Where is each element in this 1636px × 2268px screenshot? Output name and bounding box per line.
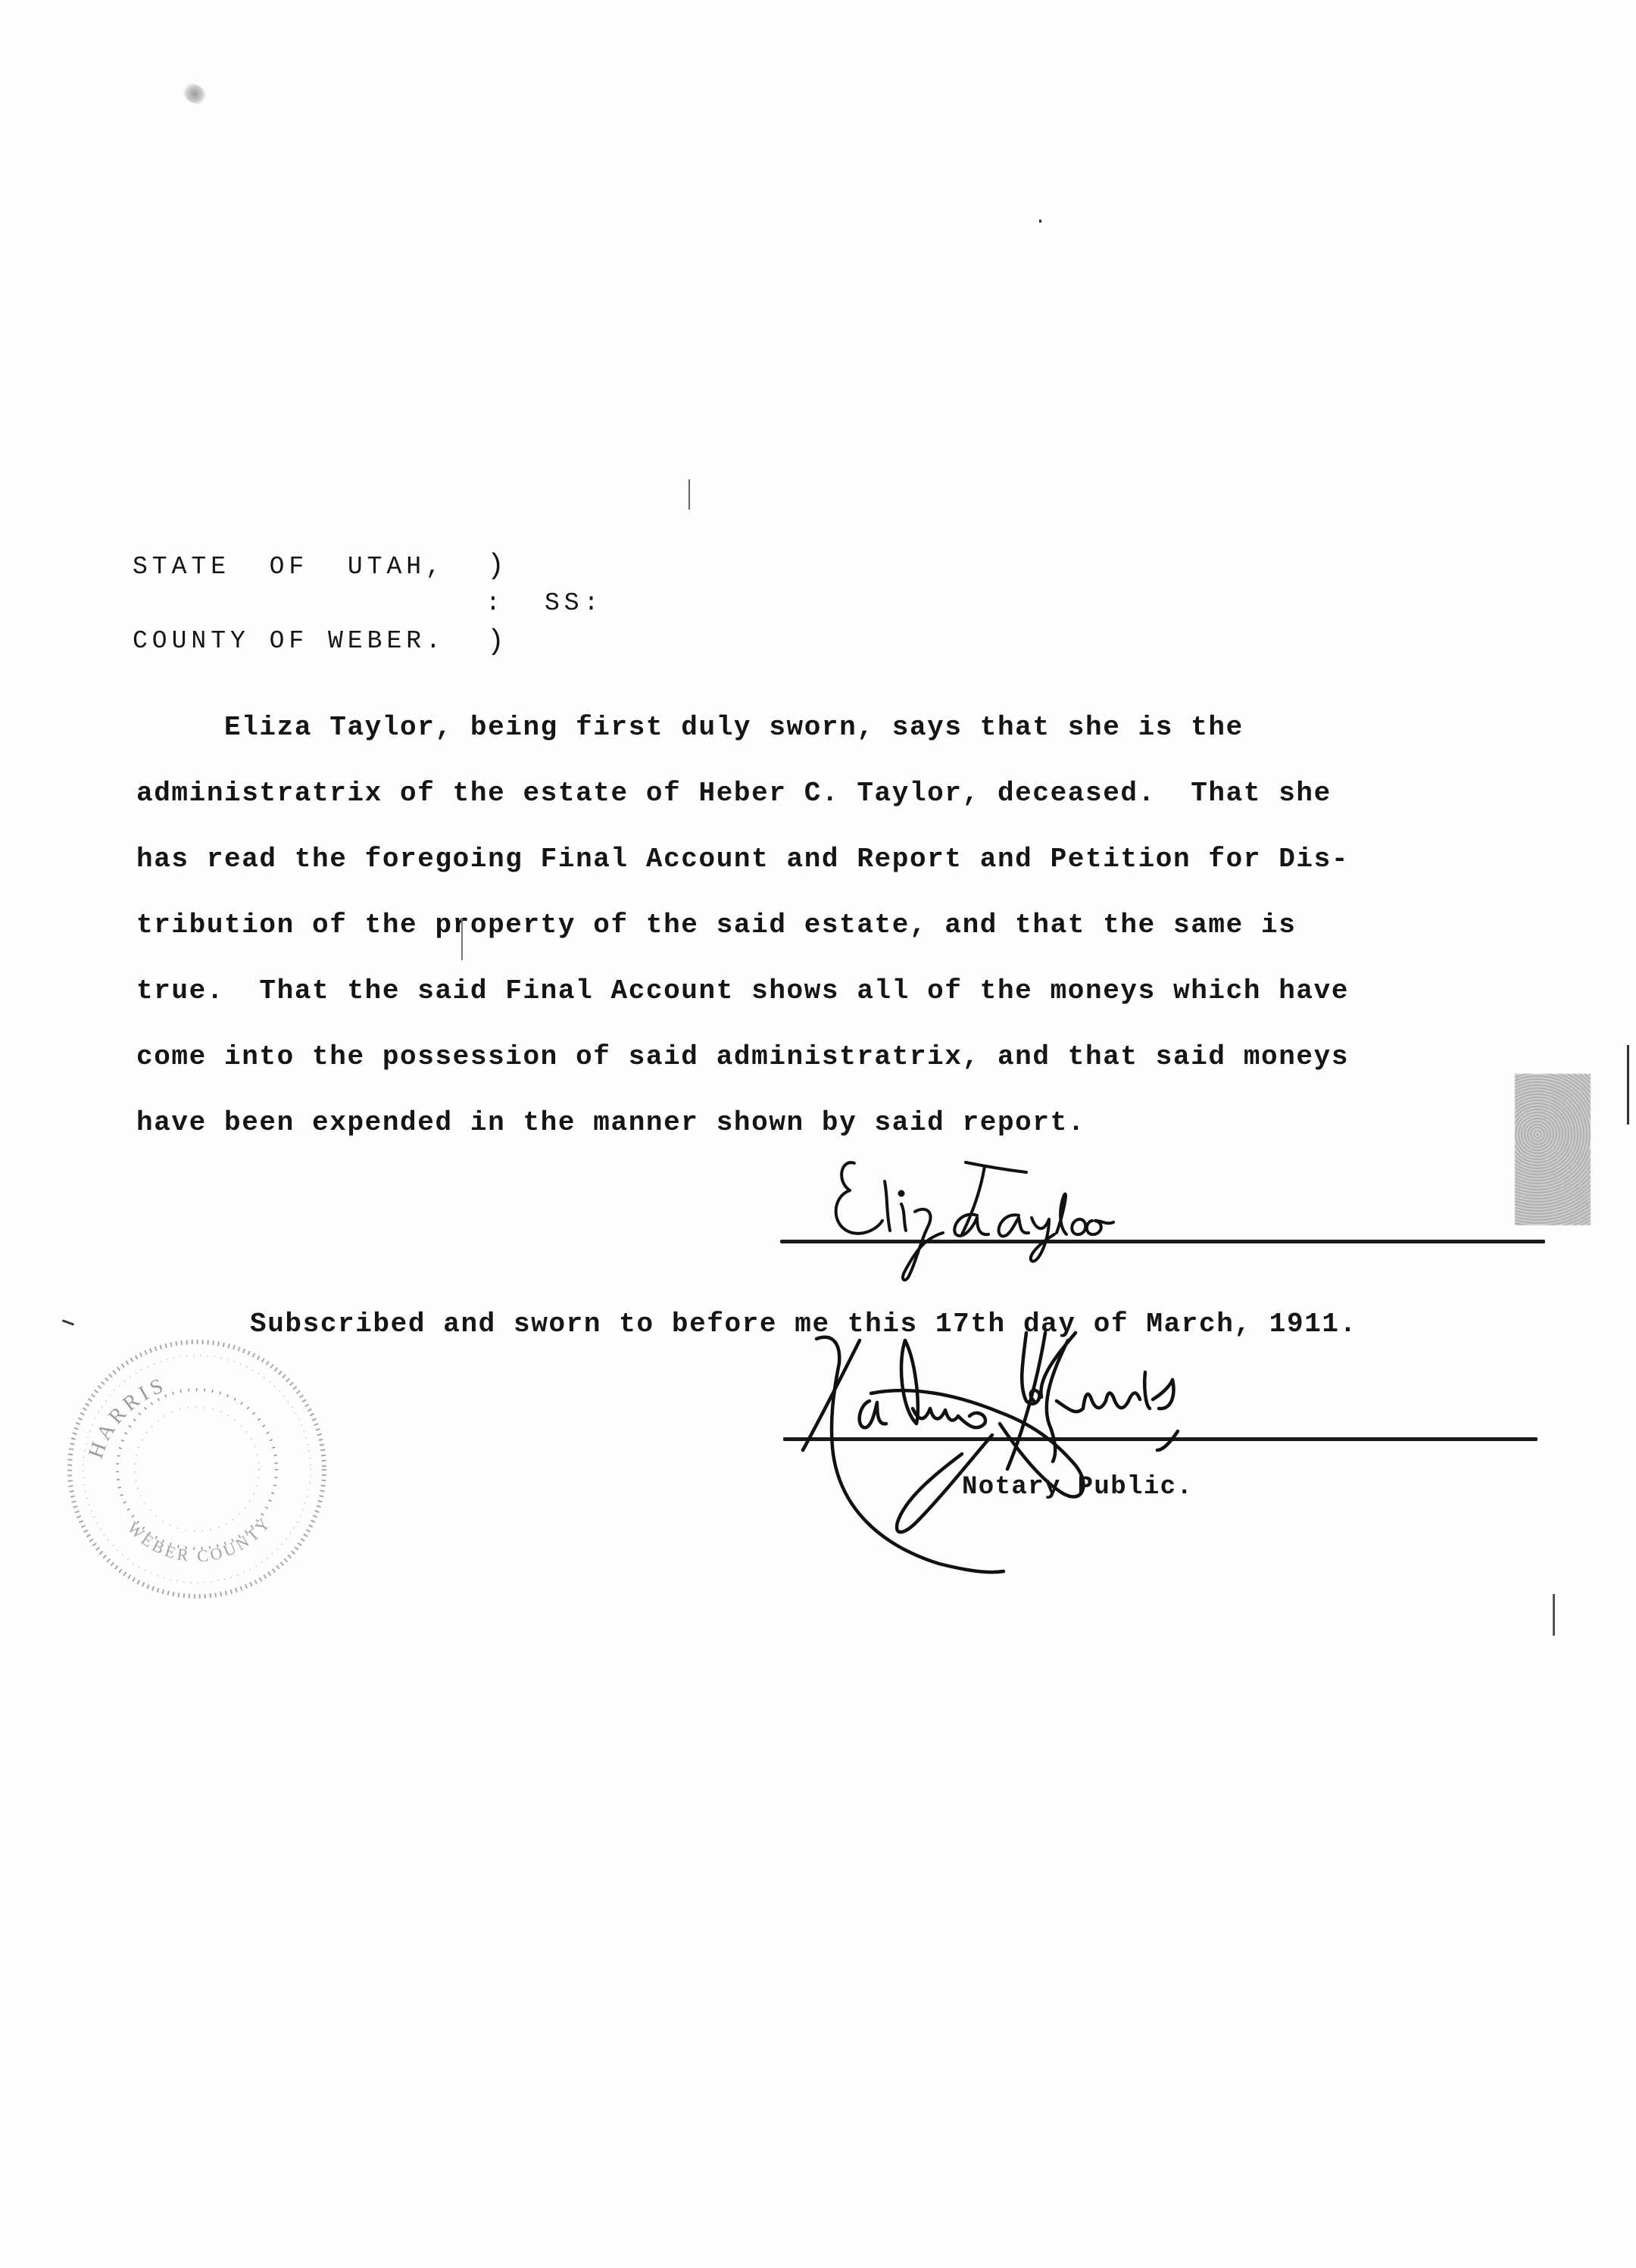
svg-text:WEBER COUNTY: WEBER COUNTY [123, 1512, 275, 1565]
notary-seal-emboss: HARRIS WEBER COUNTY [61, 1333, 333, 1605]
notary-title: Notary Public. [962, 1473, 1193, 1502]
svg-text:HARRIS: HARRIS [84, 1373, 170, 1462]
document-page: STATE OF UTAH, COUNTY OF WEBER. ) ) : SS… [0, 0, 1636, 2268]
notary-signature: Nathan Harris [0, 0, 1636, 2268]
